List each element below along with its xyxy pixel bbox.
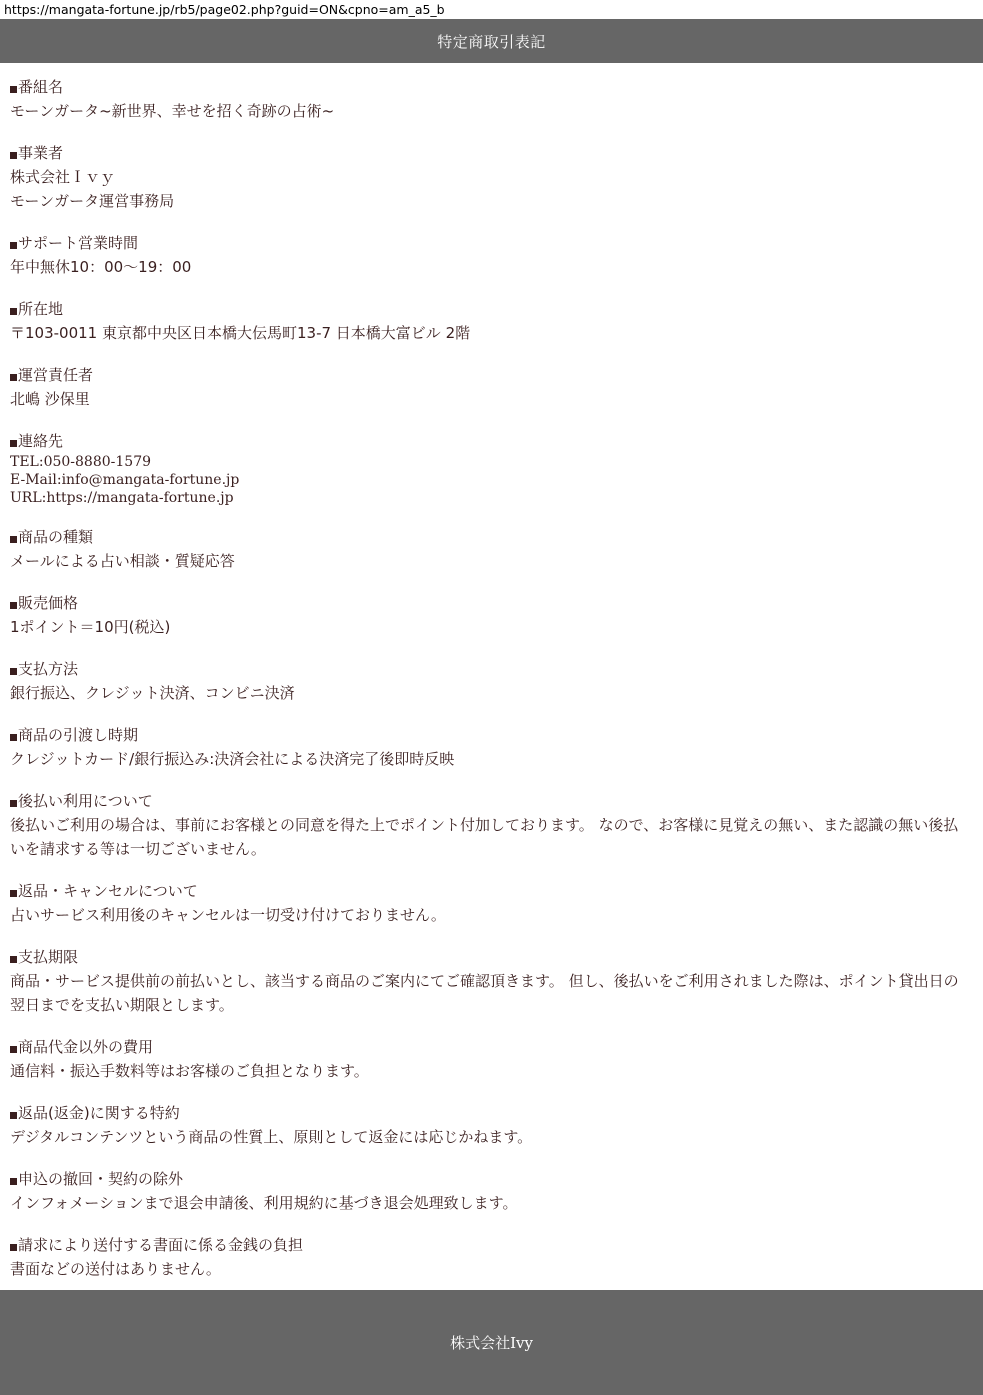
square-bullet-icon [10,86,17,93]
section-text: 通信料・振込手数料等はお客様のご負担となります。 [10,1059,973,1083]
section-title: サポート営業時間 [18,231,138,255]
section-text: 〒103-0011 東京都中央区日本橋大伝馬町13-7 日本橋大富ビル 2階 [10,321,973,345]
section-text: デジタルコンテンツという商品の性質上、原則として返金には応じかねます。 [10,1125,973,1149]
section-support-hours: サポート営業時間 年中無休10：00〜19：00 [10,231,973,279]
square-bullet-icon [10,1112,17,1119]
square-bullet-icon [10,668,17,675]
url-bar[interactable]: https://mangata-fortune.jp/rb5/page02.ph… [0,0,983,19]
page-footer: 株式会社Ivy [0,1290,983,1395]
section-text: 後払いご利用の場合は、事前にお客様との同意を得た上でポイント付加しております。 … [10,813,973,861]
section-text: 占いサービス利用後のキャンセルは一切受け付けておりません。 [10,903,973,927]
page-title: 特定商取引表記 [437,31,546,52]
section-title: 支払期限 [18,945,78,969]
section-price: 販売価格 1ポイント＝10円(税込) [10,591,973,639]
section-text: インフォメーションまで退会申請後、利用規約に基づき退会処理致します。 [10,1191,973,1215]
square-bullet-icon [10,800,17,807]
section-text: クレジットカード/銀行振込み:決済会社による決済完了後即時反映 [10,747,973,771]
section-manager: 運営責任者 北嶋 沙保里 [10,363,973,411]
section-refund-terms: 返品(返金)に関する特約 デジタルコンテンツという商品の性質上、原則として返金に… [10,1101,973,1149]
section-title: 支払方法 [18,657,78,681]
square-bullet-icon [10,1046,17,1053]
contact-email: E-Mail:info@mangata-fortune.jp [10,471,973,489]
section-text: 年中無休10：00〜19：00 [10,255,973,279]
section-title: 後払い利用について [18,789,153,813]
square-bullet-icon [10,536,17,543]
section-title: 請求により送付する書面に係る金銭の負担 [18,1233,303,1257]
section-title: 運営責任者 [18,363,93,387]
section-title: 販売価格 [18,591,78,615]
contact-url: URL:https://mangata-fortune.jp [10,489,973,507]
section-text: 株式会社Ｉｖｙ [10,165,973,189]
square-bullet-icon [10,890,17,897]
section-product-type: 商品の種類 メールによる占い相談・質疑応答 [10,525,973,573]
section-title: 番組名 [18,75,63,99]
section-title: 商品の引渡し時期 [18,723,138,747]
section-additional-fees: 商品代金以外の費用 通信料・振込手数料等はお客様のご負担となります。 [10,1035,973,1083]
section-payment-deadline: 支払期限 商品・サービス提供前の前払いとし、該当する商品のご案内にてご確認頂きま… [10,945,973,1017]
square-bullet-icon [10,308,17,315]
section-title: 事業者 [18,141,63,165]
section-text: モーンガータ~新世界、幸せを招く奇跡の占術~ [10,99,973,123]
square-bullet-icon [10,374,17,381]
content-area: 番組名 モーンガータ~新世界、幸せを招く奇跡の占術~ 事業者 株式会社Ｉｖｙ モ… [0,63,983,1290]
section-title: 連絡先 [18,429,63,453]
section-title: 商品代金以外の費用 [18,1035,153,1059]
square-bullet-icon [10,242,17,249]
square-bullet-icon [10,152,17,159]
section-document-fees: 請求により送付する書面に係る金銭の負担 書面などの送付はありません。 [10,1233,973,1281]
section-returns-cancellation: 返品・キャンセルについて 占いサービス利用後のキャンセルは一切受け付けておりませ… [10,879,973,927]
section-payment-method: 支払方法 銀行振込、クレジット決済、コンビニ決済 [10,657,973,705]
contact-phone: TEL:050-8880-1579 [10,453,973,471]
section-text: 銀行振込、クレジット決済、コンビニ決済 [10,681,973,705]
section-contact: 連絡先 TEL:050-8880-1579 E-Mail:info@mangat… [10,429,973,507]
page-header: 特定商取引表記 [0,19,983,63]
section-text: モーンガータ運営事務局 [10,189,973,213]
square-bullet-icon [10,1244,17,1251]
section-title: 申込の撤回・契約の除外 [18,1167,183,1191]
section-text: 書面などの送付はありません。 [10,1257,973,1281]
section-withdrawal: 申込の撤回・契約の除外 インフォメーションまで退会申請後、利用規約に基づき退会処… [10,1167,973,1215]
square-bullet-icon [10,734,17,741]
section-business-operator: 事業者 株式会社Ｉｖｙ モーンガータ運営事務局 [10,141,973,213]
section-title: 返品(返金)に関する特約 [18,1101,180,1125]
square-bullet-icon [10,1178,17,1185]
section-title: 返品・キャンセルについて [18,879,198,903]
section-text: 1ポイント＝10円(税込) [10,615,973,639]
section-program-name: 番組名 モーンガータ~新世界、幸せを招く奇跡の占術~ [10,75,973,123]
section-deferred-payment: 後払い利用について 後払いご利用の場合は、事前にお客様との同意を得た上でポイント… [10,789,973,861]
section-text: メールによる占い相談・質疑応答 [10,549,973,573]
section-text: 北嶋 沙保里 [10,387,973,411]
section-title: 所在地 [18,297,63,321]
section-text: 商品・サービス提供前の前払いとし、該当する商品のご案内にてご確認頂きます。 但し… [10,969,973,1017]
square-bullet-icon [10,602,17,609]
section-delivery-timing: 商品の引渡し時期 クレジットカード/銀行振込み:決済会社による決済完了後即時反映 [10,723,973,771]
section-title: 商品の種類 [18,525,93,549]
square-bullet-icon [10,440,17,447]
square-bullet-icon [10,956,17,963]
section-address: 所在地 〒103-0011 東京都中央区日本橋大伝馬町13-7 日本橋大富ビル … [10,297,973,345]
footer-company-name: 株式会社Ivy [450,1332,533,1353]
